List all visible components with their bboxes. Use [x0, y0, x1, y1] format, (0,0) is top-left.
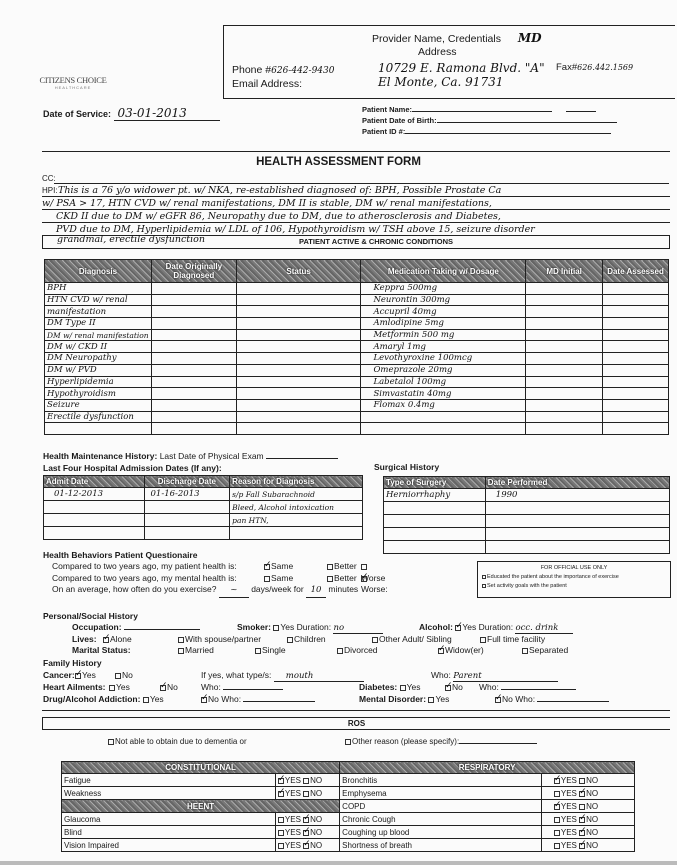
surgery-type-cell[interactable]: [384, 541, 486, 554]
medication-cell[interactable]: Simvastatin 40mg: [361, 388, 526, 400]
date-assessed-cell[interactable]: [603, 376, 669, 388]
status-cell[interactable]: [236, 364, 361, 376]
checkbox-checked-icon: [579, 843, 585, 849]
diagnosis-cell[interactable]: BPH: [45, 283, 152, 295]
admit-date-cell[interactable]: 01-12-2013: [44, 488, 145, 501]
option-label: Worse:: [361, 584, 388, 594]
alcohol-group: Alcohol: Yes Duration: occ. drink: [419, 622, 573, 634]
date-cell[interactable]: [151, 376, 236, 388]
discharge-date-cell[interactable]: [144, 514, 230, 527]
heart-who-group: Who:: [201, 682, 283, 692]
table-row: manifestationAccupril 40mg: [45, 306, 669, 318]
date-performed-cell[interactable]: [485, 541, 669, 554]
symptom-label: Bronchitis: [340, 774, 542, 787]
marital-separated[interactable]: Separated: [522, 645, 568, 655]
marital-row: Marital Status: Married Single Divorced …: [72, 645, 672, 656]
status-cell[interactable]: [236, 329, 361, 341]
table-row: Erectile dysfunction: [45, 411, 669, 423]
date-assessed-cell[interactable]: [603, 411, 669, 423]
checkbox-icon: [178, 648, 184, 654]
no-option[interactable]: NO: [579, 776, 598, 785]
mental-who-field[interactable]: [537, 701, 609, 702]
option-label: Yes: [116, 682, 130, 692]
column-header-date-diagnosed: Date Originally Diagnosed: [151, 260, 236, 283]
patient-info: Patient Name: Patient Date of Birth: Pat…: [362, 104, 617, 137]
table-row: DM w/ renal manifestationMetformin 500 m…: [45, 329, 669, 341]
diagnosis-cell[interactable]: HTN CVD w/ renal: [45, 294, 152, 306]
surgery-type-cell[interactable]: [384, 502, 486, 515]
table-row: DM w/ CKD IIAmaryl 1mg: [45, 341, 669, 353]
option-label: YES: [561, 776, 577, 785]
option-label: NO: [586, 841, 598, 850]
mental-health-better[interactable]: Better: [327, 573, 357, 585]
table-row: Vision Impaired YES NO Shortness of brea…: [62, 839, 635, 852]
admit-date-cell[interactable]: [44, 527, 145, 540]
provider-label: Provider Name, Credentials MD: [372, 31, 542, 45]
diabetes-label: Diabetes:: [359, 682, 397, 692]
diagnosis-cell[interactable]: Seizure: [45, 399, 152, 411]
option-label: NO: [310, 841, 322, 850]
medication-cell[interactable]: [361, 423, 526, 435]
checkbox-checked-icon: [303, 817, 309, 823]
table-row: DM Type IIAmlodipine 5mg: [45, 318, 669, 330]
date-assessed-cell[interactable]: [603, 341, 669, 353]
diabetes-yes[interactable]: Yes: [400, 682, 421, 692]
table-row: Glaucoma YES NO Chronic Cough YES NO: [62, 813, 635, 826]
checkbox-icon: [482, 575, 486, 579]
option-label: YES: [285, 776, 301, 785]
date-assessed-cell[interactable]: [603, 329, 669, 341]
yes-option[interactable]: YES: [554, 789, 577, 798]
date-assessed-cell[interactable]: [603, 306, 669, 318]
date-assessed-cell[interactable]: [603, 318, 669, 330]
table-row: HyperlipidemiaLabetalol 100mg: [45, 376, 669, 388]
address-line-1: 10729 E. Ramona Blvd. "A": [378, 61, 545, 75]
checkbox-icon: [327, 576, 333, 582]
medication-cell[interactable]: Omeprazole 20mg: [361, 364, 526, 376]
discharge-date-cell[interactable]: [144, 527, 230, 540]
ros-table: CONSTITUTIONAL RESPIRATORY Fatigue YES N…: [61, 761, 635, 852]
discharge-date-cell[interactable]: [144, 501, 230, 514]
yes-no-cell: YES NO: [275, 839, 339, 852]
md-initial-cell[interactable]: [526, 388, 603, 400]
option-label: Yes Duration:: [462, 622, 513, 632]
table-row: HTN CVD w/ renalNeurontin 300mg: [45, 294, 669, 306]
cc-label: CC:: [42, 174, 56, 183]
option-label: Same: [271, 573, 293, 583]
date-performed-cell[interactable]: 1990: [485, 489, 669, 502]
yes-option[interactable]: YES: [554, 776, 577, 785]
checkbox-icon: [554, 830, 560, 836]
date-performed-cell[interactable]: [485, 502, 669, 515]
smoker-yes[interactable]: Yes Duration:: [273, 622, 331, 632]
md-initial-cell[interactable]: [526, 283, 603, 295]
symptom-label: Emphysema: [340, 787, 542, 800]
official-activity-goals[interactable]: Set activity goals with the patient: [482, 583, 666, 589]
symptom-label: Blind: [62, 826, 276, 839]
alcohol-yes[interactable]: Yes Duration:: [455, 622, 513, 632]
no-option[interactable]: NO: [579, 789, 598, 798]
column-header-status: Status: [236, 260, 361, 283]
conditions-table: Diagnosis Date Originally Diagnosed Stat…: [44, 259, 669, 435]
diagnosis-cell[interactable]: Hypothyroidism: [45, 388, 152, 400]
checkbox-icon: [178, 637, 184, 643]
ros-not-able[interactable]: Not able to obtain due to dementia or: [108, 737, 247, 746]
md-initial-cell[interactable]: [526, 423, 603, 435]
checkbox-icon: [345, 739, 351, 745]
yes-no-cell: YES NO: [541, 813, 634, 826]
table-row: [45, 423, 669, 435]
checkbox-icon: [372, 637, 378, 643]
date-cell[interactable]: [151, 399, 236, 411]
date-assessed-cell[interactable]: [603, 388, 669, 400]
status-cell[interactable]: [236, 318, 361, 330]
checkbox-icon: [480, 637, 486, 643]
status-cell[interactable]: [236, 399, 361, 411]
diagnosis-cell[interactable]: manifestation: [45, 306, 152, 318]
column-header-date-performed: Date Performed: [485, 477, 669, 489]
option-label: YES: [561, 789, 577, 798]
admit-date-cell[interactable]: [44, 514, 145, 527]
surgery-type-cell[interactable]: Herniorrhaphy: [384, 489, 486, 502]
md-initial-cell[interactable]: [526, 294, 603, 306]
medication-cell[interactable]: Amaryl 1mg: [361, 341, 526, 353]
date-cell[interactable]: [151, 318, 236, 330]
medication-cell[interactable]: Amlodipine 5mg: [361, 318, 526, 330]
option-label: Children: [294, 634, 326, 644]
who-label: Who:: [201, 682, 221, 692]
option-label: Divorced: [344, 645, 378, 655]
option-label: NO: [586, 776, 598, 785]
md-initial-cell[interactable]: [526, 364, 603, 376]
mental-group: Mental Disorder: Yes: [359, 694, 449, 704]
no-option[interactable]: NO: [579, 828, 598, 837]
who-label: Who:: [479, 682, 499, 692]
option-label: No Who:: [208, 694, 241, 704]
date-cell[interactable]: [151, 364, 236, 376]
no-option[interactable]: NO: [303, 828, 322, 837]
diagnosis-cell[interactable]: DM w/ CKD II: [45, 341, 152, 353]
alcohol-label: Alcohol:: [419, 622, 453, 632]
form-title: HEALTH ASSESSMENT FORM: [0, 156, 677, 168]
fax-value: 626.442.1569: [577, 63, 633, 72]
checkbox-checked-icon: [278, 791, 284, 797]
no-option[interactable]: NO: [579, 841, 598, 850]
lives-alone[interactable]: Alone: [103, 634, 132, 644]
ros-title: ROS: [348, 719, 365, 728]
column-header-date-assessed: Date Assessed: [603, 260, 669, 283]
phone-line: Phone #626-442-9430: [232, 64, 334, 76]
checkbox-icon: [278, 817, 284, 823]
drug-label: Drug/Alcohol Addiction:: [43, 694, 140, 704]
checkbox-checked-icon: [445, 685, 451, 691]
no-option[interactable]: NO: [303, 776, 322, 785]
lives-label: Lives:: [72, 634, 97, 644]
lives-spouse[interactable]: With spouse/partner: [178, 634, 261, 644]
reason-cell[interactable]: [230, 527, 363, 540]
ros-other-reason[interactable]: Other reason (please specify):: [345, 737, 537, 746]
table-row: pan HTN,: [44, 514, 363, 527]
medication-cell[interactable]: [361, 411, 526, 423]
date-cell[interactable]: [151, 306, 236, 318]
checkbox-icon: [264, 576, 270, 582]
date-assessed-cell[interactable]: [603, 283, 669, 295]
column-header-discharge-date: Discharge Date: [144, 476, 230, 488]
date-assessed-cell[interactable]: [603, 423, 669, 435]
table-row: Herniorrhaphy1990: [384, 489, 670, 502]
status-cell[interactable]: [236, 306, 361, 318]
option-label: Educated the patient about the importanc…: [487, 574, 619, 580]
patient-health-better[interactable]: Better: [327, 561, 357, 573]
option-label: Separated: [529, 645, 568, 655]
table-row: Bleed, Alcohol intoxication: [44, 501, 363, 514]
status-cell[interactable]: [236, 294, 361, 306]
checkbox-checked-icon: [554, 804, 560, 810]
checkbox-checked-icon: [579, 817, 585, 823]
yes-option[interactable]: YES: [278, 815, 301, 824]
patient-health-same[interactable]: Same: [264, 561, 293, 573]
heart-yes[interactable]: Yes: [109, 682, 130, 692]
conditions-section-title: PATIENT ACTIVE & CHRONIC CONDITIONS: [299, 237, 453, 246]
medication-cell[interactable]: Labetalol 100mg: [361, 376, 526, 388]
hpi-text[interactable]: This is a 76 y/o widower pt. w/ NKA, re-…: [42, 184, 670, 236]
cancer-who-field[interactable]: Parent: [453, 671, 558, 682]
social-title: Personal/Social History: [43, 611, 138, 621]
symptom-label: Fatigue: [62, 774, 276, 787]
provider-credentials: MD: [518, 31, 542, 45]
medication-cell[interactable]: Accupril 40mg: [361, 306, 526, 318]
exercise-days-field[interactable]: ~: [219, 585, 249, 598]
no-option[interactable]: NO: [303, 789, 322, 798]
mental-no[interactable]: No Who:: [495, 694, 609, 704]
mental-health-same[interactable]: Same: [264, 573, 293, 585]
marital-single[interactable]: Single: [255, 645, 286, 655]
option-label: Yes Duration:: [280, 622, 331, 632]
md-initial-cell[interactable]: [526, 341, 603, 353]
section-header-constitutional: CONSTITUTIONAL: [62, 762, 340, 774]
mental-label: Mental Disorder:: [359, 694, 426, 704]
table-row: SeizureFlomax 0.4mg: [45, 399, 669, 411]
date-cell[interactable]: [151, 294, 236, 306]
reason-cell[interactable]: pan HTN,: [230, 514, 363, 527]
md-initial-cell[interactable]: [526, 353, 603, 365]
diabetes-who-field[interactable]: [501, 689, 576, 690]
yes-option[interactable]: YES: [278, 841, 301, 850]
status-cell[interactable]: [236, 283, 361, 295]
marital-married[interactable]: Married: [178, 645, 214, 655]
section-header-heent: HEENT: [62, 800, 340, 813]
date-assessed-cell[interactable]: [603, 353, 669, 365]
yes-option[interactable]: YES: [278, 776, 301, 785]
checkbox-checked-icon: [438, 648, 444, 654]
status-cell[interactable]: [236, 411, 361, 423]
option-label: No: [452, 682, 463, 692]
surgical-label: Surgical History: [374, 462, 439, 472]
medication-cell[interactable]: Keppra 500mg: [361, 283, 526, 295]
diagnosis-cell[interactable]: DM w/ renal manifestation: [45, 329, 152, 341]
heart-no[interactable]: No: [160, 682, 178, 692]
date-assessed-cell[interactable]: [603, 294, 669, 306]
drug-row: Drug/Alcohol Addiction: Yes No Who: Ment…: [43, 694, 663, 705]
date-of-service-label: Date of Service:: [43, 109, 111, 119]
table-row: [44, 527, 363, 540]
physical-exam-label: Last Date of Physical Exam: [160, 451, 264, 461]
diagnosis-cell[interactable]: Erectile dysfunction: [45, 411, 152, 423]
checkbox-icon: [554, 817, 560, 823]
md-initial-cell[interactable]: [526, 318, 603, 330]
md-initial-cell[interactable]: [526, 399, 603, 411]
no-option[interactable]: NO: [579, 815, 598, 824]
checkbox-icon: [108, 739, 114, 745]
mental-health-question: Compared to two years ago, my mental hea…: [52, 573, 237, 583]
checkbox-checked-icon: [103, 637, 109, 643]
marital-widow[interactable]: Widow(er): [438, 645, 484, 655]
option-label: Not able to obtain due to dementia or: [115, 737, 247, 746]
cancer-row: Cancer: Yes No If yes, what type/s: mout…: [43, 670, 663, 681]
no-option[interactable]: NO: [579, 802, 598, 811]
marital-divorced[interactable]: Divorced: [337, 645, 378, 655]
drug-who-field[interactable]: [243, 701, 315, 702]
reason-cell[interactable]: s/p Fall Subarachnoid: [230, 488, 363, 501]
option-label: YES: [285, 789, 301, 798]
official-exercise-education[interactable]: Educated the patient about the importanc…: [482, 574, 666, 580]
medication-cell[interactable]: Flomax 0.4mg: [361, 399, 526, 411]
mental-health-worse[interactable]: Worse:: [361, 573, 388, 596]
option-label: YES: [561, 828, 577, 837]
status-cell[interactable]: [236, 423, 361, 435]
date-cell[interactable]: [151, 411, 236, 423]
mental-yes[interactable]: Yes: [428, 694, 449, 704]
no-option[interactable]: NO: [303, 841, 322, 850]
md-initial-cell[interactable]: [526, 411, 603, 423]
occupation-field[interactable]: [124, 629, 200, 630]
drug-yes[interactable]: Yes: [143, 694, 164, 704]
date-assessed-cell[interactable]: [603, 364, 669, 376]
date-cell[interactable]: [151, 283, 236, 295]
column-header-reason: Reason for Diagnosis: [230, 476, 363, 488]
exercise-minutes-field[interactable]: 10: [306, 585, 326, 598]
status-cell[interactable]: [236, 376, 361, 388]
date-assessed-cell[interactable]: [603, 399, 669, 411]
occupation-label: Occupation:: [72, 622, 122, 632]
lives-children[interactable]: Children: [287, 634, 326, 644]
checkbox-icon: [278, 830, 284, 836]
table-row: [384, 541, 670, 554]
cancer-no[interactable]: No: [115, 670, 133, 680]
patient-name-field[interactable]: [412, 111, 552, 112]
option-label: Better: [334, 573, 357, 583]
physical-exam-field[interactable]: [266, 458, 338, 459]
cancer-type-field[interactable]: mouth: [274, 671, 364, 682]
admit-date-cell[interactable]: [44, 501, 145, 514]
medication-cell[interactable]: Levothyroxine 100mcg: [361, 353, 526, 365]
family-title: Family History: [43, 658, 102, 668]
md-initial-cell[interactable]: [526, 376, 603, 388]
hpi-line: CKD II due to DM w/ eGFR 86, Neuropathy …: [42, 210, 670, 223]
yes-option[interactable]: YES: [554, 802, 577, 811]
diabetes-no[interactable]: No: [445, 682, 463, 692]
divider: [42, 151, 670, 152]
status-cell[interactable]: [236, 388, 361, 400]
md-initial-cell[interactable]: [526, 329, 603, 341]
cancer-yes[interactable]: Yes: [75, 670, 96, 680]
surgical-table: Type of SurgeryDate Performed Herniorrha…: [383, 476, 670, 554]
diagnosis-cell[interactable]: [45, 423, 152, 435]
patient-dob-field[interactable]: [437, 122, 617, 123]
surgery-type-cell[interactable]: [384, 515, 486, 528]
option-label: YES: [561, 841, 577, 850]
reason-cell[interactable]: Bleed, Alcohol intoxication: [230, 501, 363, 514]
medication-cell[interactable]: Metformin 500 mg: [361, 329, 526, 341]
no-option[interactable]: NO: [303, 815, 322, 824]
status-cell[interactable]: [236, 353, 361, 365]
yes-no-cell: YES NO: [541, 839, 634, 852]
address-label: Address: [418, 46, 457, 58]
logo-subtext: HEALTHCARE: [28, 85, 118, 90]
medication-cell[interactable]: Neurontin 300mg: [361, 294, 526, 306]
option-label: Yes: [150, 694, 164, 704]
date-performed-cell[interactable]: [485, 528, 669, 541]
drug-no[interactable]: No Who:: [201, 694, 315, 704]
table-row: [384, 528, 670, 541]
yes-option[interactable]: YES: [278, 828, 301, 837]
diagnosis-cell[interactable]: DM Type II: [45, 318, 152, 330]
table-row: HypothyroidismSimvastatin 40mg: [45, 388, 669, 400]
table-row: DM NeuropathyLevothyroxine 100mcg: [45, 353, 669, 365]
option-label: NO: [586, 828, 598, 837]
diagnosis-cell[interactable]: Hyperlipidemia: [45, 376, 152, 388]
yes-option[interactable]: YES: [554, 841, 577, 850]
column-header-admit-date: Admit Date: [44, 476, 145, 488]
date-cell[interactable]: [151, 423, 236, 435]
date-cell[interactable]: [151, 329, 236, 341]
alcohol-duration-field[interactable]: occ. drink: [515, 623, 573, 634]
md-initial-cell[interactable]: [526, 306, 603, 318]
diagnosis-cell[interactable]: DM w/ PVD: [45, 364, 152, 376]
date-cell[interactable]: [151, 341, 236, 353]
heart-label: Heart Ailments:: [43, 682, 106, 692]
other-reason-field[interactable]: [459, 743, 537, 744]
diabetes-group: Diabetes: Yes: [359, 682, 421, 692]
date-cell[interactable]: [151, 353, 236, 365]
status-cell[interactable]: [236, 341, 361, 353]
smoker-duration-field[interactable]: no: [333, 623, 383, 634]
date-cell[interactable]: [151, 388, 236, 400]
option-label: YES: [561, 815, 577, 824]
checkbox-checked-icon: [160, 685, 166, 691]
option-label: Married: [185, 645, 214, 655]
diagnosis-cell[interactable]: DM Neuropathy: [45, 353, 152, 365]
heart-who-field[interactable]: [223, 689, 283, 690]
checkbox-checked-icon: [201, 697, 207, 703]
table-row: [384, 502, 670, 515]
patient-id-field[interactable]: [405, 133, 611, 134]
surgery-type-cell[interactable]: [384, 528, 486, 541]
official-title: FOR OFFICIAL USE ONLY: [482, 565, 666, 571]
yes-option[interactable]: YES: [278, 789, 301, 798]
patient-name-field-2[interactable]: [566, 111, 596, 112]
option-label: No Who:: [502, 694, 535, 704]
lives-facility[interactable]: Full time facility: [480, 634, 545, 644]
heart-row: Heart Ailments: Yes No Who: Diabetes: Ye…: [43, 682, 663, 693]
yes-option[interactable]: YES: [554, 828, 577, 837]
yes-option[interactable]: YES: [554, 815, 577, 824]
table-row: Blind YES NO Coughing up blood YES NO: [62, 826, 635, 839]
date-performed-cell[interactable]: [485, 515, 669, 528]
discharge-date-cell[interactable]: 01-16-2013: [144, 488, 230, 501]
option-label: Full time facility: [487, 634, 545, 644]
date-of-service-field[interactable]: 03-01-2013: [114, 106, 220, 121]
